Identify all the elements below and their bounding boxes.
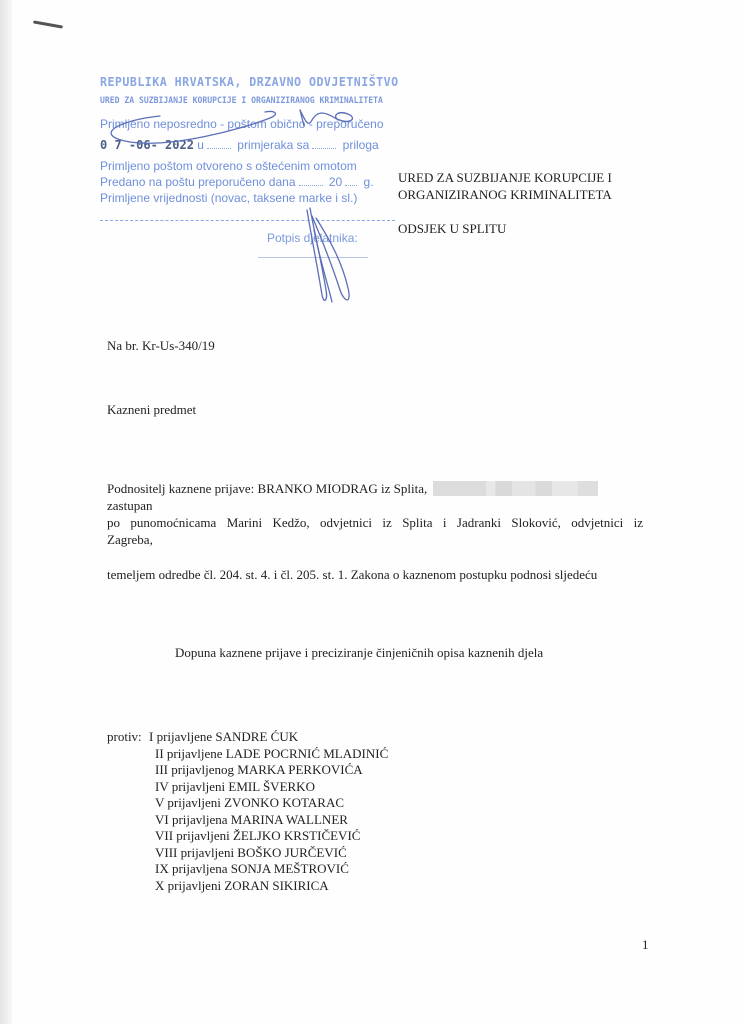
- stamp-copies-text: primjeraka sa: [237, 138, 309, 152]
- scan-edge: [0, 0, 12, 1024]
- addressee-office-line2: ORGANIZIRANOG KRIMINALITETA: [398, 186, 612, 203]
- legal-basis: temeljem odredbe čl. 204. st. 4. i čl. 2…: [107, 567, 597, 583]
- addressee-office-line1: URED ZA SUZBIJANJE KORUPCIJE I: [398, 169, 612, 186]
- stamp-damaged-envelope: Primljeno poštom otvoreno s oštećenim om…: [100, 159, 357, 173]
- stamp-signature-label: Potpis djelatnika:: [267, 231, 358, 245]
- addressee-department: ODSJEK U SPLITU: [398, 220, 612, 237]
- accused-item: IX prijavljena SONJA MEŠTROVIĆ: [155, 861, 388, 878]
- accused-item: V prijavljeni ZVONKO KOTARAC: [155, 795, 388, 812]
- stamp-received-methods: Primljeno neposredno - poštom obično - p…: [100, 117, 384, 131]
- stamp-attachments-text: priloga: [343, 138, 379, 152]
- stamp-copies-prefix: u: [197, 138, 204, 152]
- redacted-address: [433, 481, 598, 496]
- document-page: REPUBLIKA HRVATSKA, DRZAVNO ODVJETNIŠTVO…: [0, 0, 744, 1024]
- accused-list: I prijavljene SANDRE ĆUK II prijavljene …: [149, 729, 388, 894]
- stamp-valuables: Primljene vrijednosti (novac, taksene ma…: [100, 191, 357, 205]
- complainant-line4: Zagreba,: [107, 531, 643, 548]
- stamp-date-row: 0 7 -06- 2022 u primjeraka sa priloga: [100, 138, 379, 152]
- stamp-divider: [100, 220, 395, 221]
- accused-item: III prijavljenog MARKA PERKOVIĆA: [155, 762, 388, 779]
- stamp-signature-line: [258, 257, 368, 258]
- case-subject: Kazneni predmet: [107, 402, 196, 418]
- accused-label: protiv:: [107, 729, 142, 746]
- stamp-date: 0 7 -06- 2022: [100, 138, 194, 152]
- complainant-line2: zastupan: [107, 497, 643, 514]
- stamp-posted-suffix: g.: [364, 175, 374, 189]
- complainant-line1: Podnositelj kaznene prijave: BRANKO MIOD…: [107, 481, 427, 496]
- case-reference: Na br. Kr-Us-340/19: [107, 338, 215, 354]
- accused-item: VI prijavljena MARINA WALLNER: [155, 812, 388, 829]
- stamp-authority: REPUBLIKA HRVATSKA, DRZAVNO ODVJETNIŠTVO: [100, 74, 399, 89]
- stamp-office: URED ZA SUZBIJANJE KORUPCIJE I ORGANIZIR…: [100, 96, 383, 106]
- complainant-paragraph: Podnositelj kaznene prijave: BRANKO MIOD…: [107, 480, 643, 548]
- accused-item: II prijavljene LADE POCRNIĆ MLADINIĆ: [155, 746, 388, 763]
- accused-item: I prijavljene SANDRE ĆUK: [149, 729, 388, 746]
- addressee-block: URED ZA SUZBIJANJE KORUPCIJE I ORGANIZIR…: [398, 169, 612, 237]
- accused-item: X prijavljeni ZORAN SIKIRICA: [155, 878, 388, 895]
- document-title: Dopuna kaznene prijave i preciziranje či…: [175, 645, 543, 661]
- pen-mark: [33, 20, 63, 28]
- stamp-posted-year: 20: [329, 175, 342, 189]
- accused-item: IV prijavljeni EMIL ŠVERKO: [155, 779, 388, 796]
- accused-item: VII prijavljeni ŽELJKO KRSTIČEVIĆ: [155, 828, 388, 845]
- stamp-posted-prefix: Predano na poštu preporučeno dana: [100, 175, 296, 189]
- accused-item: VIII prijavljeni BOŠKO JURČEVIĆ: [155, 845, 388, 862]
- complainant-line3: po punomoćnicama Marini Kedžo, odvjetnic…: [107, 514, 643, 531]
- stamp-posted-row: Predano na poštu preporučeno dana 20 g.: [100, 175, 374, 189]
- page-number: 1: [642, 937, 649, 953]
